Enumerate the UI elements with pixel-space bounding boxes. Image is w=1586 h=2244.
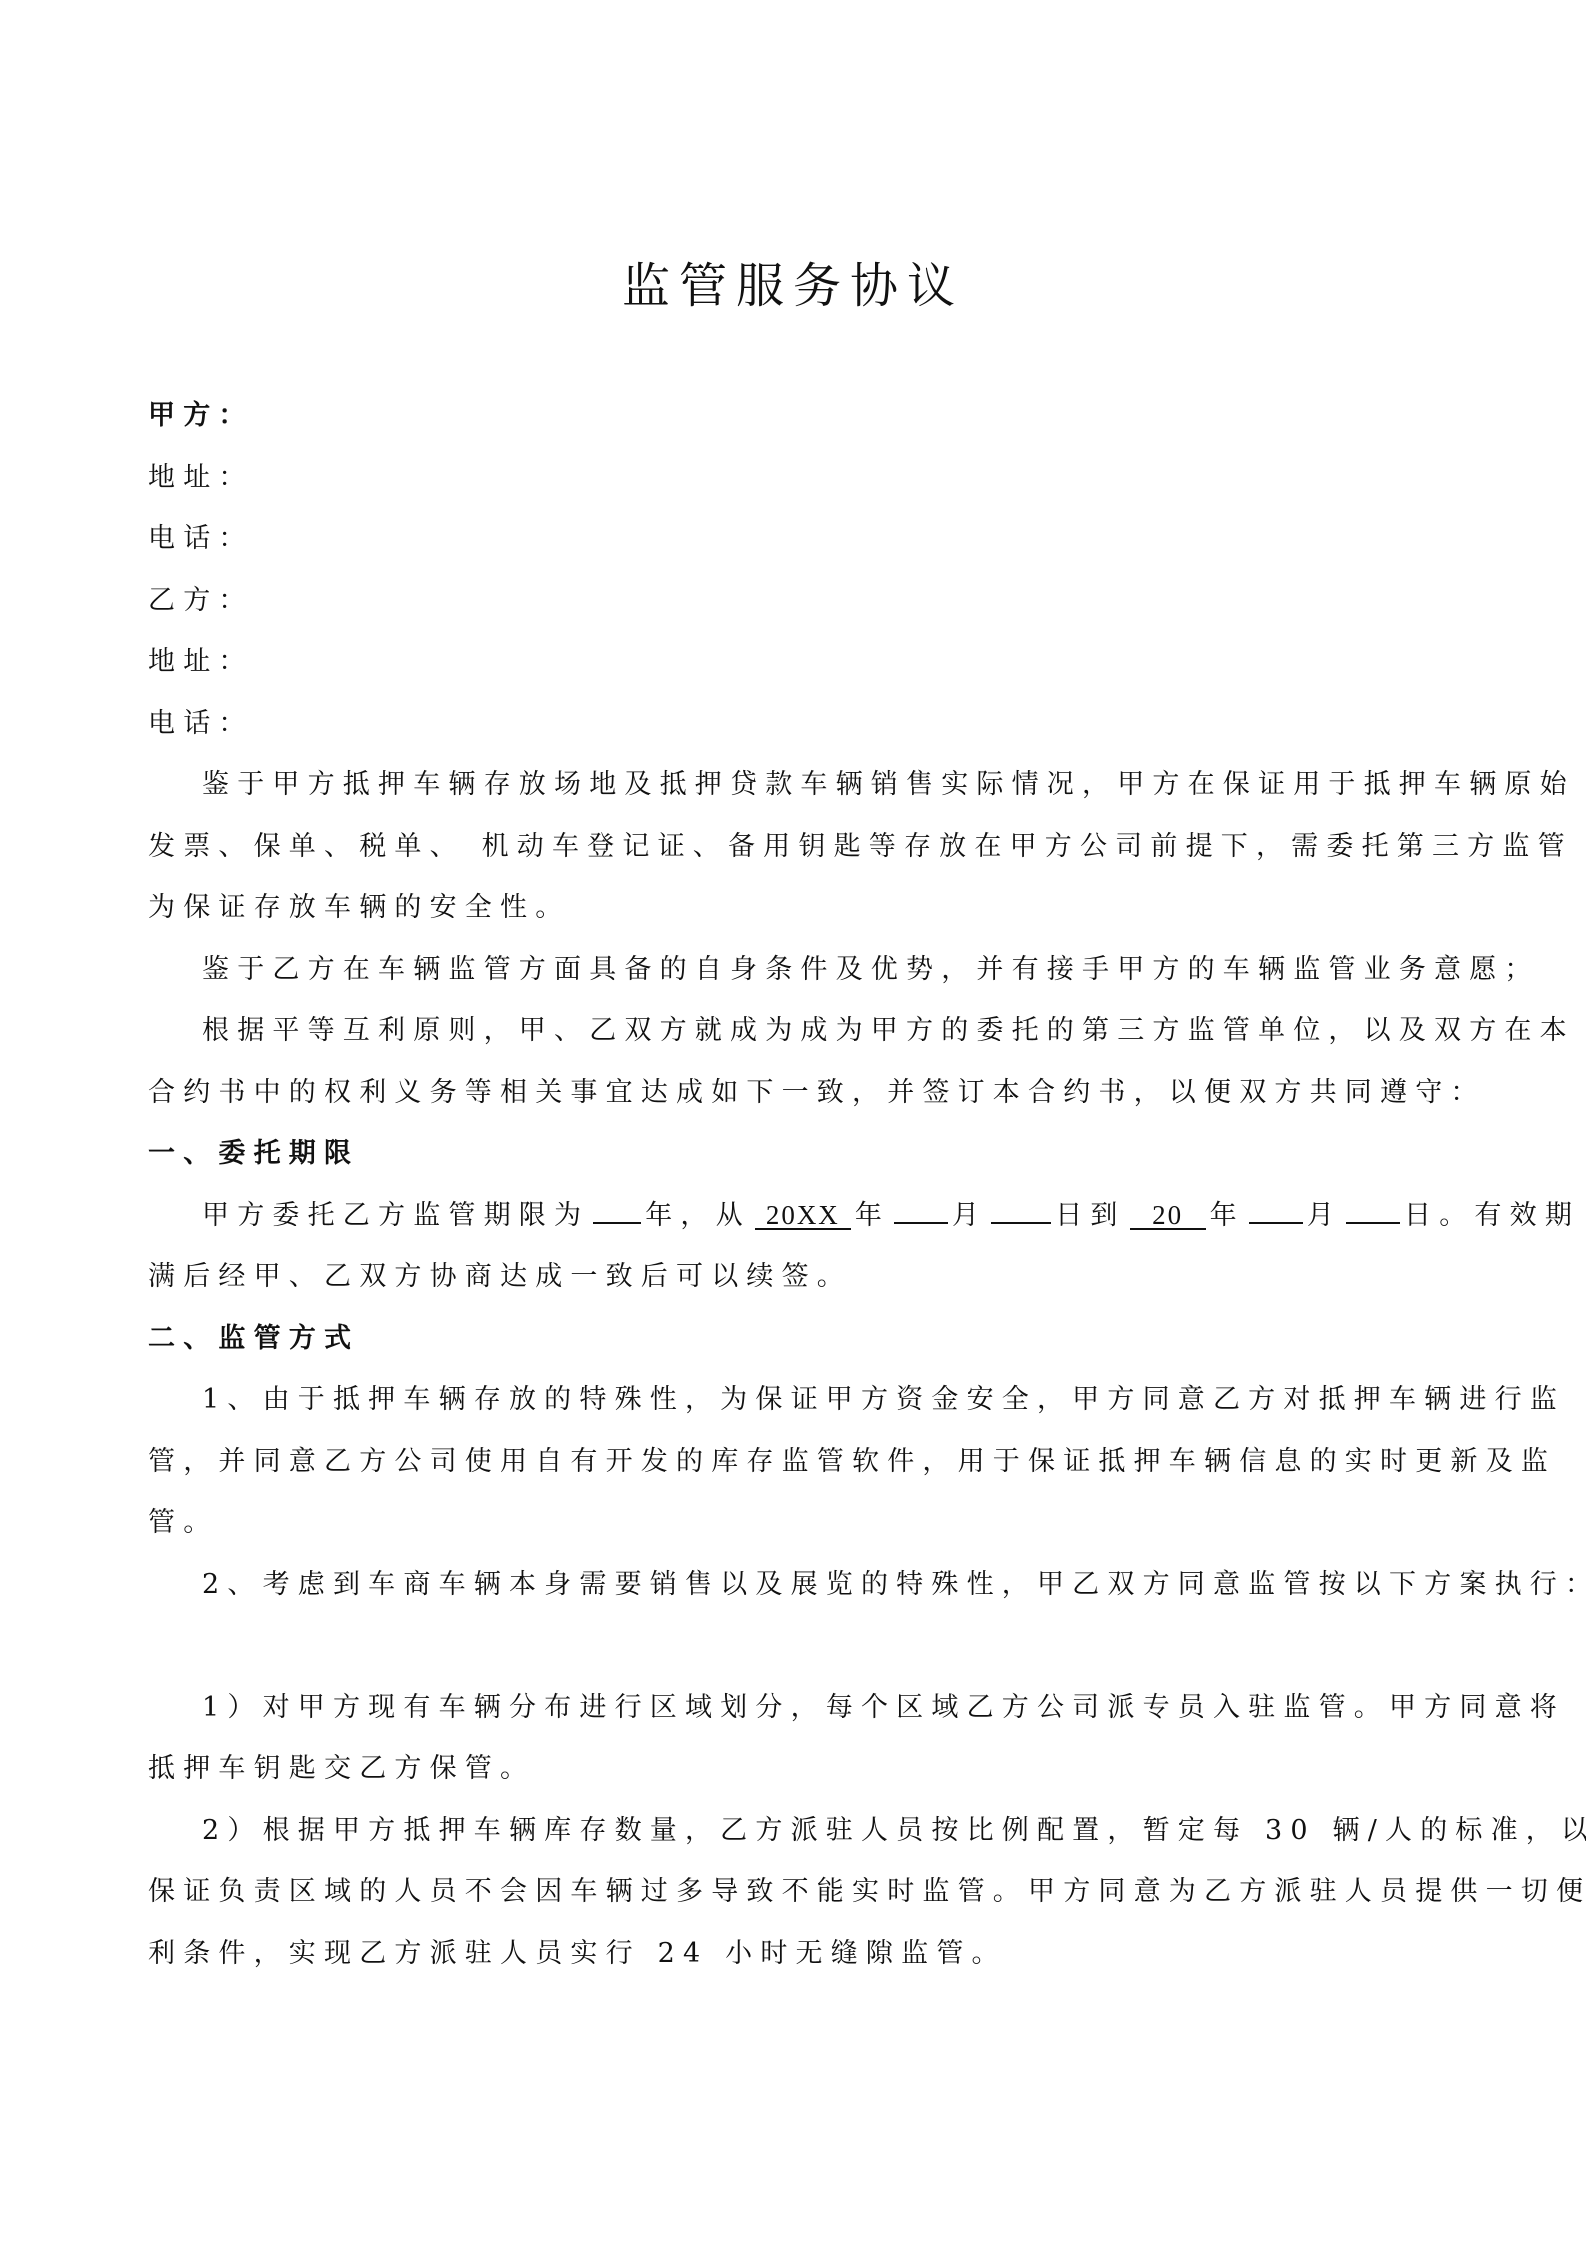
party-a-label: 甲方：: [148, 385, 1448, 447]
section1-heading: 一、委托期限: [148, 1123, 1448, 1185]
section2-item1-line1: 1、由于抵押车辆存放的特殊性，为保证甲方资金安全，甲方同意乙方对抵押车辆进行监: [148, 1369, 1448, 1431]
section2-sub1-line2: 抵押车钥匙交乙方保管。: [148, 1738, 1448, 1800]
section1-line2: 满后经甲、乙双方协商达成一致后可以续签。: [148, 1246, 1448, 1308]
blank-end-year-field[interactable]: 20: [1130, 1202, 1206, 1230]
preamble-p1-line3: 为保证存放车辆的安全性。: [148, 877, 1448, 939]
term-text-8: 日。有效期: [1404, 1200, 1580, 1231]
blank-start-month-field[interactable]: [894, 1222, 948, 1224]
preamble-p3-line1: 根据平等互利原则，甲、乙双方就成为成为甲方的委托的第三方监管单位，以及双方在本: [148, 1000, 1448, 1062]
party-b-phone-label: 电话：: [148, 693, 1448, 755]
party-b-address-label: 地址：: [148, 631, 1448, 693]
document-title: 监管服务协议: [0, 250, 1586, 322]
term-text-6: 年: [1210, 1200, 1245, 1231]
section2-item1-line3: 管。: [148, 1492, 1448, 1554]
section1-term-line: 甲方委托乙方监管期限为年，从20XX年月日到20年月日。有效期: [148, 1185, 1448, 1247]
blank-end-day-field[interactable]: [1346, 1222, 1400, 1224]
blank-start-day-field[interactable]: [991, 1222, 1051, 1224]
blank-start-year-field[interactable]: 20XX: [755, 1202, 851, 1230]
term-text-5: 日到: [1055, 1200, 1125, 1231]
preamble-p1-line1: 鉴于甲方抵押车辆存放场地及抵押贷款车辆销售实际情况，甲方在保证用于抵押车辆原始: [148, 754, 1448, 816]
section2-item2-line1: 2、考虑到车商车辆本身需要销售以及展览的特殊性，甲乙双方同意监管按以下方案执行：: [148, 1554, 1448, 1616]
preamble-p3-line2: 合约书中的权利义务等相关事宜达成如下一致，并签订本合约书，以便双方共同遵守：: [148, 1062, 1448, 1124]
document-body: 甲方： 地址： 电话： 乙方： 地址： 电话： 鉴于甲方抵押车辆存放场地及抵押贷…: [148, 385, 1448, 1984]
party-a-address-label: 地址：: [148, 447, 1448, 509]
blank-years-field[interactable]: [593, 1222, 641, 1224]
term-text-4: 月: [952, 1200, 987, 1231]
section2-item1-line2: 管，并同意乙方公司使用自有开发的库存监管软件，用于保证抵押车辆信息的实时更新及监: [148, 1431, 1448, 1493]
term-text-7: 月: [1307, 1200, 1342, 1231]
preamble-p2-line1: 鉴于乙方在车辆监管方面具备的自身条件及优势，并有接手甲方的车辆监管业务意愿；: [148, 939, 1448, 1001]
section2-sub2-line3: 利条件，实现乙方派驻人员实行 24 小时无缝隙监管。: [148, 1923, 1448, 1985]
section2-sub1-line1: 1）对甲方现有车辆分布进行区域划分，每个区域乙方公司派专员入驻监管。甲方同意将: [148, 1677, 1448, 1739]
section2-sub2-line1: 2）根据甲方抵押车辆库存数量，乙方派驻人员按比例配置，暂定每 30 辆/人的标准…: [148, 1800, 1448, 1862]
term-text-3: 年: [855, 1200, 890, 1231]
section2-heading: 二、监管方式: [148, 1308, 1448, 1370]
document-page: 监管服务协议 甲方： 地址： 电话： 乙方： 地址： 电话： 鉴于甲方抵押车辆存…: [0, 0, 1586, 2244]
section2-sub2-line2: 保证负责区域的人员不会因车辆过多导致不能实时监管。甲方同意为乙方派驻人员提供一切…: [148, 1861, 1448, 1923]
term-text-2: 年，从: [645, 1200, 751, 1231]
term-text-1: 甲方委托乙方监管期限为: [202, 1200, 589, 1231]
party-a-phone-label: 电话：: [148, 508, 1448, 570]
blank-spacer: [148, 1615, 1448, 1677]
preamble-p1-line2: 发票、保单、税单、 机动车登记证、备用钥匙等存放在甲方公司前提下，需委托第三方监…: [148, 816, 1448, 878]
blank-end-month-field[interactable]: [1249, 1222, 1303, 1224]
party-b-label: 乙方：: [148, 570, 1448, 632]
